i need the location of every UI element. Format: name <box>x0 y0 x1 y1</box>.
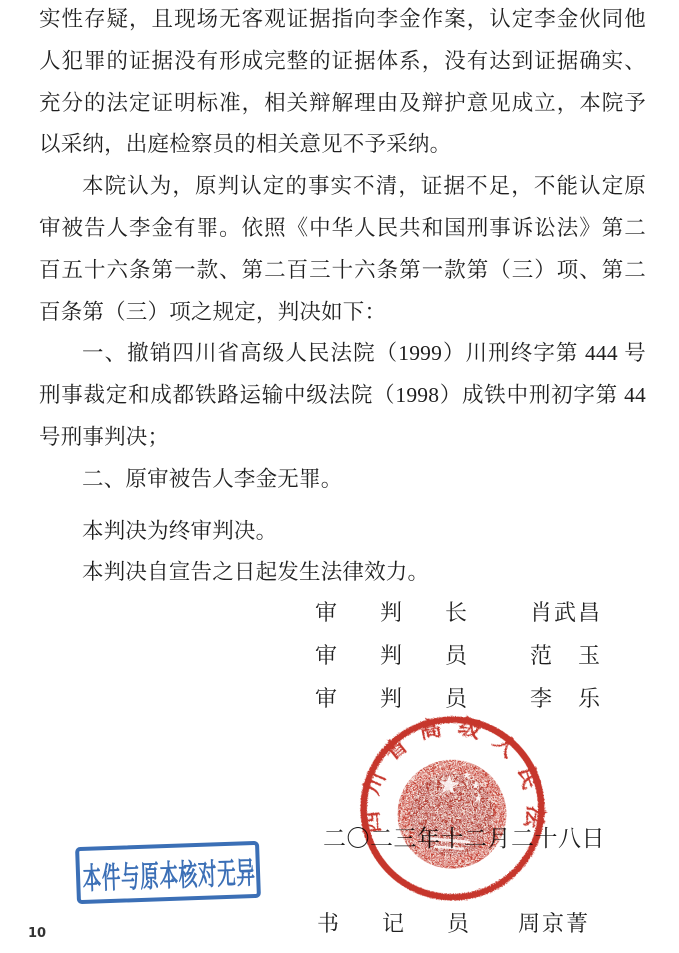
clerk-row: 书记员周京菁 <box>317 902 590 945</box>
judgment-body: 实性存疑，且现场无客观证据指向李金作案，认定李金伙同他人犯罪的证据没有形成完整的… <box>39 0 646 594</box>
paragraph-ruling-item-2: 二、原审被告人李金无罪。 <box>39 459 646 501</box>
court-seal-icon: 四川省高级人民法院 <box>349 705 556 912</box>
judge-role: 审判员 <box>315 686 510 711</box>
judge-name: 范 玉 <box>530 643 602 668</box>
paragraph-effective-date: 本判决自宣告之日起发生法律效力。 <box>39 552 646 594</box>
clerk-name: 周京菁 <box>518 911 590 936</box>
page-number: 10 <box>28 926 46 941</box>
paragraph-ruling-item-1: 一、撤销四川省高级人民法院（1999）川刑终字第 444 号刑事裁定和成都铁路运… <box>39 333 646 458</box>
judge-name: 李 乐 <box>530 686 602 711</box>
judge-row: 审判员李 乐 <box>315 677 602 720</box>
seal-emblem <box>393 755 511 873</box>
judgment-page: 实性存疑，且现场无客观证据指向李金作案，认定李金伙同他人犯罪的证据没有形成完整的… <box>0 0 679 953</box>
judge-role: 审判员 <box>315 643 510 668</box>
paragraph-evidence-conclusion: 实性存疑，且现场无客观证据指向李金作案，认定李金伙同他人犯罪的证据没有形成完整的… <box>39 0 646 166</box>
paragraph-court-opinion: 本院认为，原判认定的事实不清，证据不足，不能认定原审被告人李金有罪。依照《中华人… <box>39 166 646 333</box>
clerk-role: 书记员 <box>317 911 512 936</box>
judge-row: 审判员范 玉 <box>315 634 602 677</box>
presiding-judge-row: 审判长肖武昌 <box>315 591 602 634</box>
presiding-judge-name: 肖武昌 <box>530 600 602 625</box>
judgment-date: 二〇二三年十二月二十八日 <box>323 820 605 853</box>
verification-stamp: 本件与原本核对无异 <box>75 841 261 904</box>
presiding-judge-role: 审判长 <box>315 600 510 625</box>
paragraph-final-judgment: 本判决为终审判决。 <box>39 511 646 553</box>
seal-ring <box>356 712 548 904</box>
signature-block: 审判长肖武昌 审判员范 玉 审判员李 乐 <box>315 591 602 720</box>
verification-stamp-text: 本件与原本核对无异 <box>79 847 256 897</box>
